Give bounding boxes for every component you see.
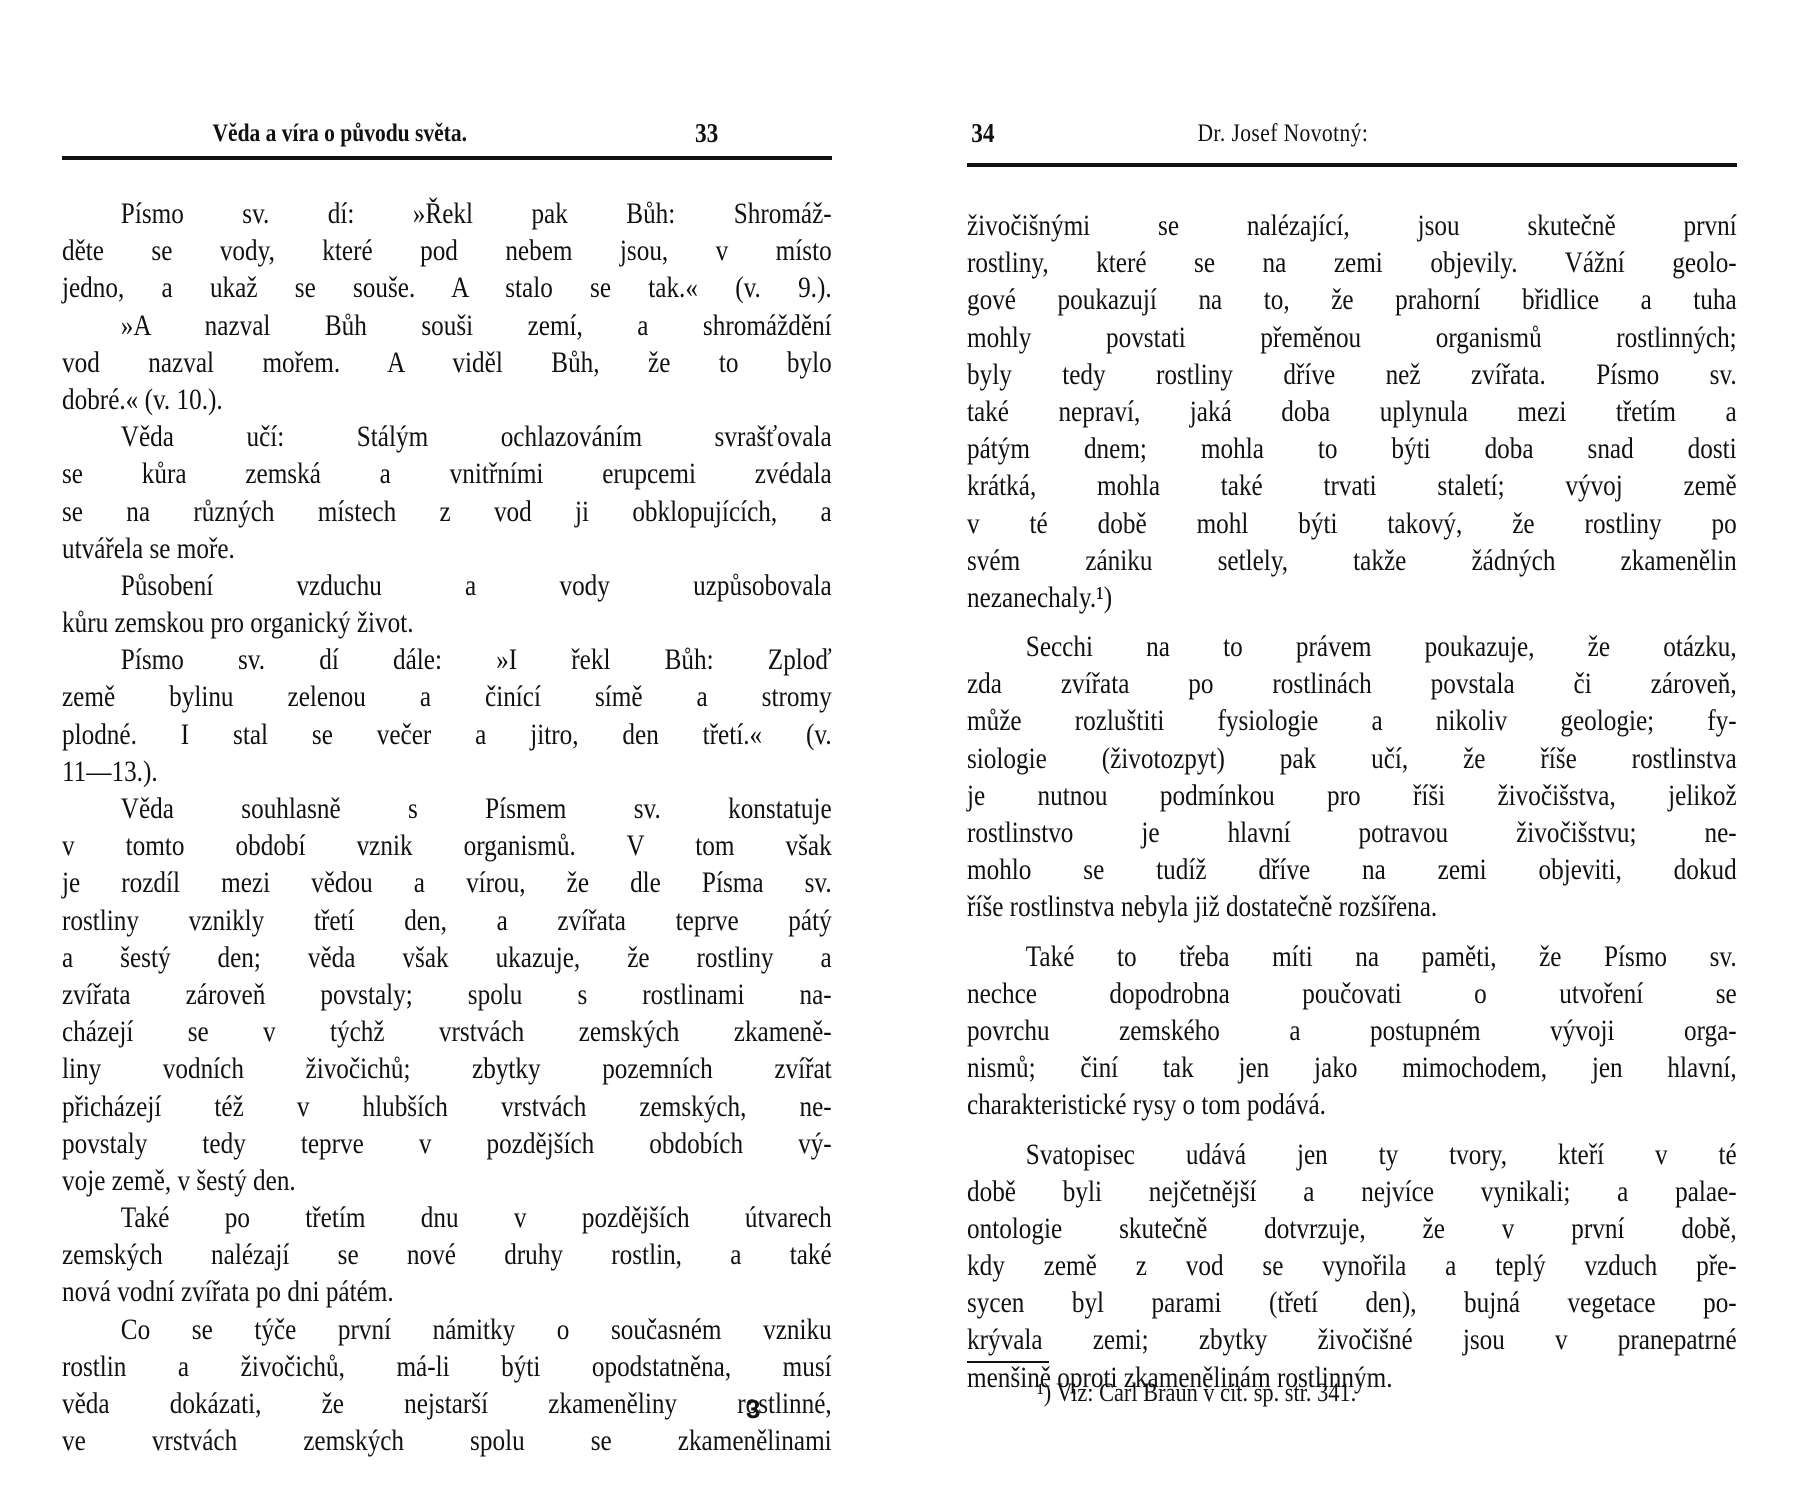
text-line: rostliny, které se na zemi objevily. Váž… — [967, 244, 1737, 281]
header-rule — [967, 163, 1737, 167]
text-line-content: se na různých místech z vod ji obklopují… — [62, 493, 832, 530]
text-line-content: Také po třetím dnu v pozdějších útvarech — [62, 1199, 832, 1236]
text-line: 11—13.). — [62, 753, 832, 790]
page-number: 34 — [971, 118, 994, 149]
text-line: plodné. I stal se večer a jitro, den tře… — [62, 716, 832, 753]
text-line: nechce dopodrobna poučovati o utvoření s… — [967, 975, 1737, 1012]
text-line-content: Písmo sv. dí dále: »I řekl Bůh: Zploď — [62, 641, 832, 678]
text-line-content: Věda souhlasně s Písmem sv. konstatuje — [62, 790, 832, 827]
text-line-content: Působení vzduchu a vody uzpůsobovala — [62, 567, 832, 604]
text-line-content: Věda učí: Stálým ochlazováním svrašťoval… — [62, 418, 832, 455]
text-line: kdy země z vod se vynořila a teplý vzduc… — [967, 1247, 1737, 1284]
text-line: době byli nejčetnější a nejvíce vynikali… — [967, 1173, 1737, 1210]
footnote-rule — [967, 1361, 1049, 1363]
text-line-content: krývala zemi; zbytky živočišné jsou v pr… — [967, 1321, 1737, 1358]
text-line: »A nazval Bůh souši zemí, a shromáždění — [62, 307, 832, 344]
running-head-left: Věda a víra o původu světa. 33 — [62, 112, 832, 152]
text-line: krátká, mohla také trvati staletí; vývoj… — [967, 467, 1737, 504]
text-line-content: nová vodní zvířata po dni pátém. — [62, 1273, 832, 1310]
text-line-content: charakteristické rysy o tom podává. — [967, 1086, 1737, 1123]
text-line: zemských nalézají se nové druhy rostlin,… — [62, 1236, 832, 1273]
text-line: rostliny vznikly třetí den, a zvířata te… — [62, 902, 832, 939]
text-line: byly tedy rostliny dříve než zvířata. Pí… — [967, 356, 1737, 393]
text-line: krývala zemi; zbytky živočišné jsou v pr… — [967, 1321, 1737, 1358]
text-line-content: ontologie skutečně dotvrzuje, že v první… — [967, 1210, 1737, 1247]
text-line-content: povstaly tedy teprve v pozdějších období… — [62, 1125, 832, 1162]
text-line-content: v té době mohl býti takový, že rostliny … — [967, 505, 1737, 542]
text-line: nová vodní zvířata po dni pátém. — [62, 1273, 832, 1310]
text-line: rostlin a živočichů, má-li býti opodstat… — [62, 1348, 832, 1385]
text-line-content: Svatopisec udává jen ty tvory, kteří v t… — [967, 1136, 1737, 1173]
text-line-content: věda dokázati, že nejstarší zkameněliny … — [62, 1385, 832, 1422]
text-line-content: zda zvířata po rostlinách povstala či zá… — [967, 665, 1737, 702]
text-line-content: rostlin a živočichů, má-li býti opodstat… — [62, 1348, 832, 1385]
header-rule — [62, 156, 832, 160]
text-line-content: a šestý den; věda však ukazuje, že rostl… — [62, 939, 832, 976]
text-line-content: siologie (životozpyt) pak učí, že říše r… — [967, 740, 1737, 777]
text-line: také nepraví, jaká doba uplynula mezi tř… — [967, 393, 1737, 430]
running-head-right: 34 Dr. Josef Novotný: — [967, 112, 1737, 152]
text-line-content: může rozluštiti fysiologie a nikoliv geo… — [967, 702, 1737, 739]
text-line: charakteristické rysy o tom podává. — [967, 1086, 1737, 1123]
text-line-content: je rozdíl mezi vědou a vírou, že dle Pís… — [62, 864, 832, 901]
text-line: děte se vody, které pod nebem jsou, v mí… — [62, 232, 832, 269]
text-line-content: je nutnou podmínkou pro říši živočišstva… — [967, 777, 1737, 814]
text-line: povstaly tedy teprve v pozdějších období… — [62, 1125, 832, 1162]
text-line-content: rostliny, které se na zemi objevily. Váž… — [967, 244, 1737, 281]
text-line-content: době byli nejčetnější a nejvíce vynikali… — [967, 1173, 1737, 1210]
footnote-marker: ¹) — [1037, 1378, 1051, 1407]
text-line-content: kůru zemskou pro organický život. — [62, 604, 832, 641]
text-line: Také po třetím dnu v pozdějších útvarech — [62, 1199, 832, 1236]
paragraph: živočišnými se nalézající, jsou skutečně… — [967, 207, 1737, 616]
text-line: je rozdíl mezi vědou a vírou, že dle Pís… — [62, 864, 832, 901]
text-line: Věda učí: Stálým ochlazováním svrašťoval… — [62, 418, 832, 455]
text-line-content: země bylinu zelenou a činící símě a stro… — [62, 678, 832, 715]
text-line-content: svém zániku setlely, takže žádných zkame… — [967, 542, 1737, 579]
text-line: vod nazval mořem. A viděl Bůh, že to byl… — [62, 344, 832, 381]
text-line: může rozluštiti fysiologie a nikoliv geo… — [967, 702, 1737, 739]
text-line-content: pátým dnem; mohla to býti doba snad dost… — [967, 430, 1737, 467]
text-line-content: Co se týče první námitky o současném vzn… — [62, 1311, 832, 1348]
text-line-content: nezanechaly.¹) — [967, 579, 1737, 616]
running-title: Dr. Josef Novotný: — [1197, 120, 1368, 148]
text-line: v tomto období vznik organismů. V tom vš… — [62, 827, 832, 864]
text-line: gové poukazují na to, že prahorní břidli… — [967, 281, 1737, 318]
text-line: cházejí se v týchž vrstvách zemských zka… — [62, 1013, 832, 1050]
text-line: nezanechaly.¹) — [967, 579, 1737, 616]
running-title: Věda a víra o původu světa. — [213, 120, 467, 148]
text-line-content: 11—13.). — [62, 753, 832, 790]
text-line: kůru zemskou pro organický život. — [62, 604, 832, 641]
text-line: Písmo sv. dí: »Řekl pak Bůh: Shromáž- — [62, 195, 832, 232]
text-line: se kůra zemská a vnitřními erupcemi zvéd… — [62, 455, 832, 492]
paragraph: Také to třeba míti na paměti, že Písmo s… — [967, 938, 1737, 1124]
text-line: svém zániku setlely, takže žádných zkame… — [967, 542, 1737, 579]
text-line: voje země, v šestý den. — [62, 1162, 832, 1199]
text-line: mohlo se tudíž dříve na zemi objeviti, d… — [967, 851, 1737, 888]
page-number: 33 — [695, 118, 718, 149]
right-page-body: živočišnými se nalézající, jsou skutečně… — [967, 207, 1737, 1396]
text-line-content: dobré.« (v. 10.). — [62, 381, 832, 418]
text-line-content: liny vodních živočichů; zbytky pozemních… — [62, 1050, 832, 1087]
text-line-content: mohlo se tudíž dříve na zemi objeviti, d… — [967, 851, 1737, 888]
paragraph-gap — [967, 1124, 1737, 1136]
text-line: Písmo sv. dí dále: »I řekl Bůh: Zploď — [62, 641, 832, 678]
text-line-content: »A nazval Bůh souši zemí, a shromáždění — [62, 307, 832, 344]
text-line-content: Také to třeba míti na paměti, že Písmo s… — [967, 938, 1737, 975]
text-line-content: Písmo sv. dí: »Řekl pak Bůh: Shromáž- — [62, 195, 832, 232]
text-line: se na různých místech z vod ji obklopují… — [62, 493, 832, 530]
text-line-content: se kůra zemská a vnitřními erupcemi zvéd… — [62, 455, 832, 492]
text-line-content: povrchu zemského a postupném vývoji orga… — [967, 1012, 1737, 1049]
text-line: dobré.« (v. 10.). — [62, 381, 832, 418]
text-line: ve vrstvách zemských spolu se zkamenělin… — [62, 1422, 832, 1459]
text-line: Také to třeba míti na paměti, že Písmo s… — [967, 938, 1737, 975]
text-line: mohly povstati přeměnou organismů rostli… — [967, 319, 1737, 356]
text-line-content: také nepraví, jaká doba uplynula mezi tř… — [967, 393, 1737, 430]
text-line-content: jedno, a ukaž se souše. A stalo se tak.«… — [62, 269, 832, 306]
text-line-content: zemských nalézají se nové druhy rostlin,… — [62, 1236, 832, 1273]
text-line-content: rostliny vznikly třetí den, a zvířata te… — [62, 902, 832, 939]
text-line: věda dokázati, že nejstarší zkameněliny … — [62, 1385, 832, 1422]
text-line: siologie (životozpyt) pak učí, že říše r… — [967, 740, 1737, 777]
text-line: utvářela se moře. — [62, 530, 832, 567]
text-line-content: utvářela se moře. — [62, 530, 832, 567]
paragraph-gap — [967, 616, 1737, 628]
text-line: pátým dnem; mohla to býti doba snad dost… — [967, 430, 1737, 467]
paragraph: Svatopisec udává jen ty tvory, kteří v t… — [967, 1136, 1737, 1396]
text-line-content: byly tedy rostliny dříve než zvířata. Pí… — [967, 356, 1737, 393]
text-line-content: zvířata zároveň povstaly; spolu s rostli… — [62, 976, 832, 1013]
text-line: Secchi na to právem poukazuje, že otázku… — [967, 628, 1737, 665]
text-line: Působení vzduchu a vody uzpůsobovala — [62, 567, 832, 604]
text-line: a šestý den; věda však ukazuje, že rostl… — [62, 939, 832, 976]
text-line: Svatopisec udává jen ty tvory, kteří v t… — [967, 1136, 1737, 1173]
text-line: jedno, a ukaž se souše. A stalo se tak.«… — [62, 269, 832, 306]
text-line: země bylinu zelenou a činící símě a stro… — [62, 678, 832, 715]
text-line-content: sycen byl parami (třetí den), bujná vege… — [967, 1284, 1737, 1321]
text-line-content: nechce dopodrobna poučovati o utvoření s… — [967, 975, 1737, 1012]
text-line-content: cházejí se v týchž vrstvách zemských zka… — [62, 1013, 832, 1050]
signature-mark: 3 — [746, 1394, 760, 1425]
text-line-content: živočišnými se nalézající, jsou skutečně… — [967, 207, 1737, 244]
text-line: rostlinstvo je hlavní potravou živočišst… — [967, 814, 1737, 851]
paragraph: Secchi na to právem poukazuje, že otázku… — [967, 628, 1737, 926]
text-line-content: kdy země z vod se vynořila a teplý vzduc… — [967, 1247, 1737, 1284]
text-line-content: vod nazval mořem. A viděl Bůh, že to byl… — [62, 344, 832, 381]
text-line-content: Secchi na to právem poukazuje, že otázku… — [967, 628, 1737, 665]
text-line: v té době mohl býti takový, že rostliny … — [967, 505, 1737, 542]
text-line-content: v tomto období vznik organismů. V tom vš… — [62, 827, 832, 864]
text-line-content: děte se vody, které pod nebem jsou, v mí… — [62, 232, 832, 269]
text-line-content: rostlinstvo je hlavní potravou živočišst… — [967, 814, 1737, 851]
text-line: zda zvířata po rostlinách povstala či zá… — [967, 665, 1737, 702]
text-line: nismů; činí tak jen jako mimochodem, jen… — [967, 1049, 1737, 1086]
text-line: zvířata zároveň povstaly; spolu s rostli… — [62, 976, 832, 1013]
paragraph-gap — [967, 926, 1737, 938]
text-line-content: ve vrstvách zemských spolu se zkamenělin… — [62, 1422, 832, 1459]
footnote: ¹) Viz: Carl Braun v cit. sp. str. 341. — [1037, 1378, 1356, 1408]
text-line-content: mohly povstati přeměnou organismů rostli… — [967, 319, 1737, 356]
text-line: Věda souhlasně s Písmem sv. konstatuje — [62, 790, 832, 827]
text-line-content: nismů; činí tak jen jako mimochodem, jen… — [967, 1049, 1737, 1086]
text-line: ontologie skutečně dotvrzuje, že v první… — [967, 1210, 1737, 1247]
text-line: je nutnou podmínkou pro říši živočišstva… — [967, 777, 1737, 814]
footnote-text: Viz: Carl Braun v cit. sp. str. 341. — [1056, 1378, 1356, 1407]
text-line-content: plodné. I stal se večer a jitro, den tře… — [62, 716, 832, 753]
left-page-body: Písmo sv. dí: »Řekl pak Bůh: Shromáž-dět… — [62, 195, 832, 1459]
text-line-content: voje země, v šestý den. — [62, 1162, 832, 1199]
text-line-content: gové poukazují na to, že prahorní břidli… — [967, 281, 1737, 318]
text-line: přicházejí též v hlubších vrstvách zemsk… — [62, 1088, 832, 1125]
text-line-content: přicházejí též v hlubších vrstvách zemsk… — [62, 1088, 832, 1125]
text-line: sycen byl parami (třetí den), bujná vege… — [967, 1284, 1737, 1321]
text-line: liny vodních živočichů; zbytky pozemních… — [62, 1050, 832, 1087]
text-line-content: říše rostlinstva nebyla již dostatečně r… — [967, 888, 1737, 925]
text-line: povrchu zemského a postupném vývoji orga… — [967, 1012, 1737, 1049]
text-line: živočišnými se nalézající, jsou skutečně… — [967, 207, 1737, 244]
text-line: říše rostlinstva nebyla již dostatečně r… — [967, 888, 1737, 925]
text-line: Co se týče první námitky o současném vzn… — [62, 1311, 832, 1348]
text-line-content: krátká, mohla také trvati staletí; vývoj… — [967, 467, 1737, 504]
